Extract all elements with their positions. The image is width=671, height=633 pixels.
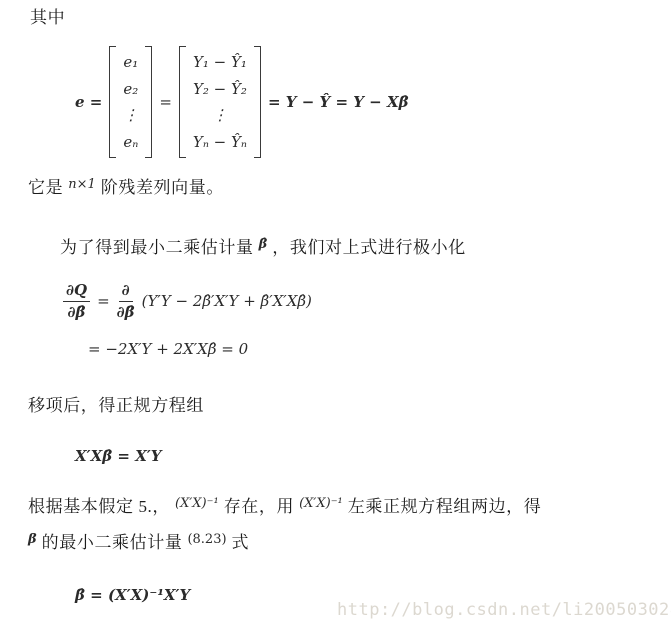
text-segment: 根据基本假定 5.， bbox=[28, 497, 170, 516]
matrix-e-vdots: ⋮ bbox=[123, 103, 138, 127]
text-segment: 它是 bbox=[28, 178, 63, 197]
paragraph-residual-desc: 它是n×1阶残差列向量。 bbox=[28, 176, 224, 201]
equation-beta-hat-solution: β̂ = (X′X)⁻¹X′Y bbox=[75, 586, 190, 604]
matrix-y-entry: Y₁ − Ŷ₁ bbox=[193, 50, 247, 74]
text-segment: 为了得到最小二乘估计量 bbox=[60, 238, 254, 257]
fraction-numerator: ∂Q bbox=[63, 282, 90, 302]
fraction-dQ-dbeta: ∂Q ∂β̂ bbox=[63, 282, 90, 320]
text-segment: 的最小二乘估计量 bbox=[42, 533, 183, 552]
paragraph-normal-equations: 移项后，得正规方程组 bbox=[28, 394, 204, 419]
paragraph-qizhong: 其中 bbox=[30, 6, 65, 31]
document-page: 其中 e = e₁ e₂ ⋮ eₙ = Y₁ − Ŷ₁ Y₂ − Ŷ₂ ⋮ Yₙ… bbox=[0, 0, 671, 633]
fraction-denominator: ∂β̂ bbox=[68, 302, 86, 321]
equation-normal: X′Xβ̂ = X′Y bbox=[75, 447, 162, 465]
watermark-blog-url: http://blog.csdn.net/li200503028 bbox=[337, 600, 671, 620]
inline-formula-nx1: n×1 bbox=[68, 177, 96, 192]
matrix-y: Y₁ − Ŷ₁ Y₂ − Ŷ₂ ⋮ Yₙ − Ŷₙ bbox=[179, 46, 261, 158]
matrix-e: e₁ e₂ ⋮ eₙ bbox=[109, 46, 152, 158]
equals-sign: = bbox=[97, 292, 110, 310]
paragraph-assumption-line1: 根据基本假定 5.，(X′X)⁻¹存在，用(X′X)⁻¹左乘正规方程组两边，得 bbox=[28, 495, 658, 520]
text-segment: 左乘正规方程组两边，得 bbox=[348, 497, 542, 516]
text-segment: 式 bbox=[232, 533, 250, 552]
matrix-e-entry: e₂ bbox=[123, 77, 138, 101]
right-bracket bbox=[145, 46, 152, 158]
text-segment: 阶残差列向量。 bbox=[101, 178, 224, 197]
fraction-d-dbeta: ∂ ∂β̂ bbox=[117, 282, 135, 320]
left-bracket bbox=[109, 46, 116, 158]
left-bracket bbox=[179, 46, 186, 158]
text-segment: ，我们对上式进行极小化 bbox=[272, 238, 466, 257]
paragraph-minimize: 为了得到最小二乘估计量β̂，我们对上式进行极小化 bbox=[60, 236, 466, 261]
fraction-denominator: ∂β̂ bbox=[117, 302, 135, 321]
right-bracket bbox=[254, 46, 261, 158]
matrix-e-entry: eₙ bbox=[123, 130, 138, 154]
inline-formula-xtx-inv: (X′X)⁻¹ bbox=[175, 496, 219, 511]
inline-formula-beta-hat: β̂ bbox=[259, 237, 268, 252]
eq1-equals: = bbox=[159, 93, 172, 111]
inline-formula-xtx-inv: (X′X)⁻¹ bbox=[299, 496, 343, 511]
text-segment: 存在，用 bbox=[224, 497, 294, 516]
equation-derivative-line2: = −2X′Y + 2X′Xβ̂ = 0 bbox=[88, 340, 248, 358]
eq1-lhs: e = bbox=[75, 93, 102, 111]
fraction-numerator: ∂ bbox=[119, 282, 133, 302]
paragraph-assumption-line2: β的最小二乘估计量(8.23)式 bbox=[28, 531, 249, 556]
inline-formula-beta: β bbox=[28, 532, 37, 547]
equation-residual-vector: e = e₁ e₂ ⋮ eₙ = Y₁ − Ŷ₁ Y₂ − Ŷ₂ ⋮ Yₙ − … bbox=[75, 46, 409, 158]
matrix-e-entry: e₁ bbox=[123, 50, 138, 74]
matrix-y-vdots: ⋮ bbox=[212, 103, 227, 127]
derivative-rhs: (Y′Y − 2β̂′X′Y + β̂′X′Xβ̂) bbox=[142, 292, 312, 310]
equation-derivative-line1: ∂Q ∂β̂ = ∂ ∂β̂ (Y′Y − 2β̂′X′Y + β̂′X′Xβ̂… bbox=[63, 282, 312, 320]
matrix-y-entry: Yₙ − Ŷₙ bbox=[193, 130, 247, 154]
inline-equation-ref: (8.23) bbox=[187, 532, 226, 547]
eq1-tail: = Y − Ŷ = Y − Xβ̂ bbox=[268, 93, 409, 111]
matrix-y-entry: Y₂ − Ŷ₂ bbox=[193, 77, 247, 101]
